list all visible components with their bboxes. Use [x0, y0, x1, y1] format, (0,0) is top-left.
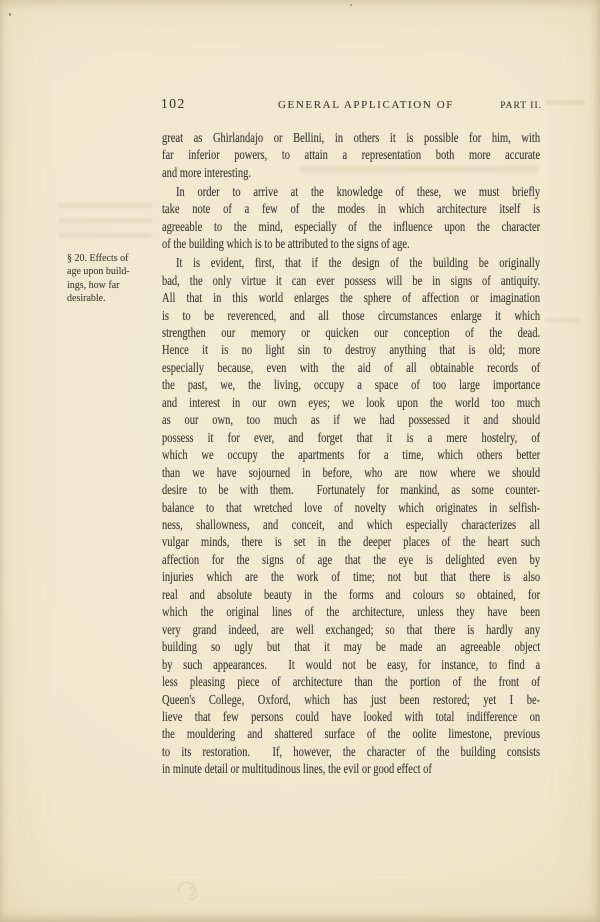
text-line: building so ugly but that it may be made…: [162, 638, 540, 655]
bleed-through-smudge: [545, 97, 585, 113]
text-line: which we occupy the apartments for a tim…: [162, 446, 540, 463]
text-line: great as Ghirlandajo or Bellini, in othe…: [162, 129, 540, 146]
pencil-mark: [176, 880, 197, 900]
margin-note-line: desirable.: [67, 292, 159, 305]
text-line: balance to that wretched love of novelty…: [162, 499, 540, 516]
paragraph: great as Ghirlandajo or Bellini, in othe…: [162, 129, 540, 181]
text-line: in minute detail or multitudinous lines,…: [162, 760, 540, 777]
text-line: lieve that few persons could have looked…: [162, 708, 540, 725]
text-line: vulgar minds, there is set in the deeper…: [162, 533, 540, 550]
text-line: agreeable to the mind, especially of the…: [162, 218, 540, 235]
text-line: In order to arrive at the knowledge of t…: [162, 183, 540, 200]
text-line: real and absolute beauty in the forms an…: [162, 586, 540, 603]
paragraph: In order to arrive at the knowledge of t…: [162, 183, 540, 253]
paper-speck: [9, 13, 11, 16]
text-line: Hence it is no light sin to destroy anyt…: [162, 341, 540, 358]
running-title: GENERAL APPLICATION OF: [185, 99, 547, 111]
paragraph: It is evident, first, that if the design…: [162, 254, 540, 778]
text-line: take note of a few of the modes in which…: [162, 200, 540, 217]
text-line: affection for the signs of age that the …: [162, 551, 540, 568]
text-line: possess it for ever, and forget that it …: [162, 429, 540, 446]
text-line: strengthen our memory or quicken our con…: [162, 324, 540, 341]
text-line: is to be reverenced, and all those circu…: [162, 307, 540, 324]
text-line: than we have sojourned in before, who ar…: [162, 464, 540, 481]
margin-note-line: § 20. Effects of: [67, 252, 159, 265]
margin-note: § 20. Effects ofage upon build-ings, how…: [67, 252, 159, 305]
text-line: Queen's College, Oxford, which has just …: [162, 691, 540, 708]
bleed-through-smudge: [58, 200, 152, 246]
margin-note-line: age upon build-: [67, 265, 159, 278]
text-line: by such appearances. It would not be eas…: [162, 656, 540, 673]
text-line: bad, the only virtue it can ever possess…: [162, 272, 540, 289]
book-page: 102 GENERAL APPLICATION OF PART II. § 20…: [0, 0, 600, 922]
text-line: to its restoration. If, however, the cha…: [162, 743, 540, 760]
margin-note-line: ings, how far: [67, 279, 159, 292]
body-text: great as Ghirlandajo or Bellini, in othe…: [162, 129, 540, 778]
text-line: less pleasing piece of architecture than…: [162, 673, 540, 690]
text-line: the past, we, the living, occupy a space…: [162, 376, 540, 393]
text-line: injuries which are the work of time; not…: [162, 568, 540, 585]
text-line: which the original lines of the architec…: [162, 603, 540, 620]
text-line: especially because, even with the aid of…: [162, 359, 540, 376]
text-line: All that in this world enlarges the sphe…: [162, 289, 540, 306]
text-line: of the building which is to be attribute…: [162, 235, 540, 252]
page-number: 102: [161, 96, 186, 112]
text-line: and interest in our own eyes; we look up…: [162, 394, 540, 411]
text-line: as our own, too much as if we had posses…: [162, 411, 540, 428]
text-line: It is evident, first, that if the design…: [162, 254, 540, 271]
text-line: very grand indeed, are well exchanged; s…: [162, 621, 540, 638]
text-line: ness, shallowness, and conceit, and whic…: [162, 516, 540, 533]
text-line: desire to be with them. Fortunately for …: [162, 481, 540, 498]
text-line: far inferior powers, to attain a represe…: [162, 146, 540, 163]
part-label: PART II.: [500, 101, 542, 111]
paper-speck: [350, 4, 352, 6]
bleed-through-smudge: [545, 315, 581, 333]
text-line: the mouldering and shattered surface of …: [162, 725, 540, 742]
text-line: and more interesting.: [162, 164, 540, 181]
